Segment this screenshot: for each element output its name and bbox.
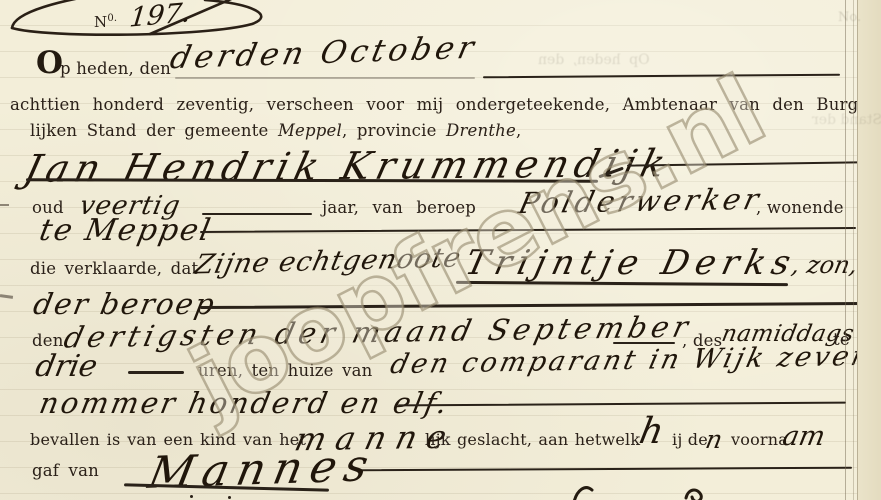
dropcap-O: O <box>36 45 63 81</box>
form-print-geslacht: lijk geslacht, aan hetwelk <box>425 430 640 449</box>
handwritten-act-date: derden October <box>167 30 481 77</box>
province-name: Drenthe <box>446 121 516 140</box>
form-print-voorna: voorna <box>731 430 788 449</box>
record-number-value: 197. <box>128 0 192 34</box>
blank-rule <box>128 371 184 374</box>
form-print-line2: achttien honderd zeventig, verscheen voo… <box>10 95 881 114</box>
document-scan: Op heden, den No. Stand der N0. 197. O p… <box>0 0 881 500</box>
form-print-gaf-van: gaf van <box>32 461 99 480</box>
ink-dot <box>228 496 231 499</box>
blank-rule <box>202 213 312 215</box>
ink-dot <box>190 495 193 498</box>
declarant-name: Jan Hendrik Krummendijk <box>20 141 676 191</box>
municipality-name: Meppel <box>278 121 342 140</box>
handwritten-zon: , zon, <box>789 251 860 279</box>
print-segment: lijken Stand der gemeente <box>30 121 278 140</box>
handwritten-der-beroep: der beroep <box>31 287 219 321</box>
form-print-line3: lijken Stand der gemeente Meppel, provin… <box>30 121 521 140</box>
handwritten-echtgenoote: Zijne echtgenoote <box>192 243 465 281</box>
ghost-text: Op heden, den <box>538 52 650 68</box>
handwritten-house-number: nommer honderd en elf. <box>37 386 453 420</box>
blank-rule <box>200 227 856 233</box>
ghost-text: Stand der <box>812 112 881 128</box>
print-segment: , <box>516 121 521 140</box>
signature-stroke-icon <box>540 478 740 500</box>
edge-mark <box>0 204 9 206</box>
edge-mark <box>0 294 13 298</box>
handwritten-hour: drie <box>33 349 101 384</box>
ghost-text: No. <box>838 10 861 25</box>
handwritten-h: h <box>636 411 667 452</box>
blank-rule <box>175 77 475 79</box>
form-print-line1: p heden, den <box>60 59 171 78</box>
margin-line <box>853 0 854 500</box>
form-print-wonende: , wonende <box>756 198 844 217</box>
child-name: Mannes <box>144 440 380 499</box>
record-number-label: N0. <box>94 13 117 31</box>
spouse-name: Trijntje Derks <box>461 243 800 283</box>
margin-line <box>845 0 846 500</box>
blank-rule <box>200 302 864 309</box>
form-print-uren: uren, ten huize van <box>198 361 372 380</box>
handwritten-occupation: Polderwerker <box>516 182 766 220</box>
handwritten-residence: te Meppel <box>37 213 215 248</box>
handwritten-am: am <box>780 421 828 452</box>
form-print-beroep: jaar, van beroep <box>322 198 476 217</box>
form-print-verklaarde: die verklaarde, dat <box>30 259 198 278</box>
blank-rule <box>356 467 852 472</box>
blank-rule <box>483 74 840 79</box>
print-segment: , provincie <box>342 121 446 140</box>
form-print-den: den <box>32 331 64 350</box>
page-edge-strip <box>857 0 881 500</box>
form-print-ij-de: ij de <box>672 430 708 449</box>
blank-rule <box>398 402 846 407</box>
